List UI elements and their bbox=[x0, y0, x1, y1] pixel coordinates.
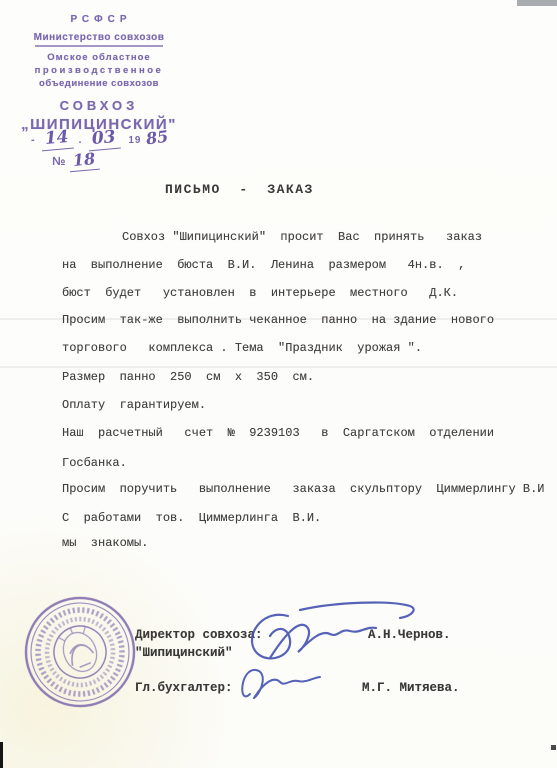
scan-mark-bottom-left bbox=[0, 742, 3, 768]
letterhead-rule bbox=[35, 45, 163, 47]
typed-line: Госбанка. bbox=[62, 456, 127, 470]
typed-line: мы знакомы. bbox=[62, 536, 148, 550]
typed-line: Просим поручить выполнение заказа скульп… bbox=[62, 482, 544, 496]
director-title-label: Директор совхоза: bbox=[135, 628, 263, 642]
date-line: - 14 . 03 19 85 bbox=[28, 128, 228, 150]
letterhead-association-1: производственное bbox=[14, 65, 184, 76]
typed-line: Оплату гарантируем. bbox=[62, 398, 206, 412]
letterhead-republic: РСФСР bbox=[18, 14, 184, 25]
typed-line: С работами тов. Циммерлинга В.И. bbox=[62, 511, 321, 525]
accountant-name: М.Г. Митяева. bbox=[362, 681, 460, 695]
typed-line: Наш расчетный счет № 9239103 в Саргатско… bbox=[62, 426, 494, 440]
number-sign: № bbox=[52, 154, 65, 168]
letterhead-ministry: Министерство совхозов bbox=[14, 32, 184, 43]
director-farm-label: "Шипицинский" bbox=[135, 646, 233, 660]
printed-year-prefix: 19 bbox=[128, 135, 141, 146]
typed-line: торгового комплекса . Тема "Праздник уро… bbox=[62, 341, 422, 355]
official-round-seal bbox=[2, 574, 158, 730]
paper-crease-line bbox=[0, 366, 557, 368]
letterhead-association-2: объединение совхозов bbox=[14, 78, 184, 89]
scanned-letter-page: РСФСР Министерство совхозов Омское облас… bbox=[0, 0, 557, 768]
handwritten-month: 03 bbox=[87, 127, 120, 152]
document-title: ПИСЬМО - ЗАКАЗ bbox=[165, 182, 314, 197]
handwritten-year: 85 bbox=[144, 127, 168, 149]
handwritten-day: 14 bbox=[40, 127, 73, 152]
typed-line: Просим так-же выполнить чеканное панно н… bbox=[62, 313, 494, 327]
date-separator: - bbox=[31, 134, 35, 146]
date-separator: . bbox=[78, 134, 81, 146]
scanner-edge-strip bbox=[517, 0, 557, 6]
typed-line: Размер панно 250 см х 350 см. bbox=[62, 370, 314, 384]
accountant-signature-scribble bbox=[232, 652, 337, 707]
scan-mark-bottom-right bbox=[551, 745, 556, 750]
letterhead-sovkhoz: СОВХОЗ bbox=[14, 98, 184, 113]
typed-line: бюст будет установлен в интерьере местно… bbox=[62, 286, 458, 300]
typed-line: Совхоз "Шипицинский" просит Вас принять … bbox=[122, 230, 482, 244]
handwritten-number: 18 bbox=[68, 149, 100, 173]
letterhead-region: Омское областное bbox=[14, 52, 184, 63]
document-number-line: № 18 bbox=[52, 150, 99, 171]
typed-line: на выполнение бюста В.И. Ленина размером… bbox=[62, 258, 465, 272]
director-name: А.Н.Чернов. bbox=[368, 628, 451, 642]
letterhead-stamp: РСФСР Министерство совхозов Омское облас… bbox=[14, 14, 184, 133]
